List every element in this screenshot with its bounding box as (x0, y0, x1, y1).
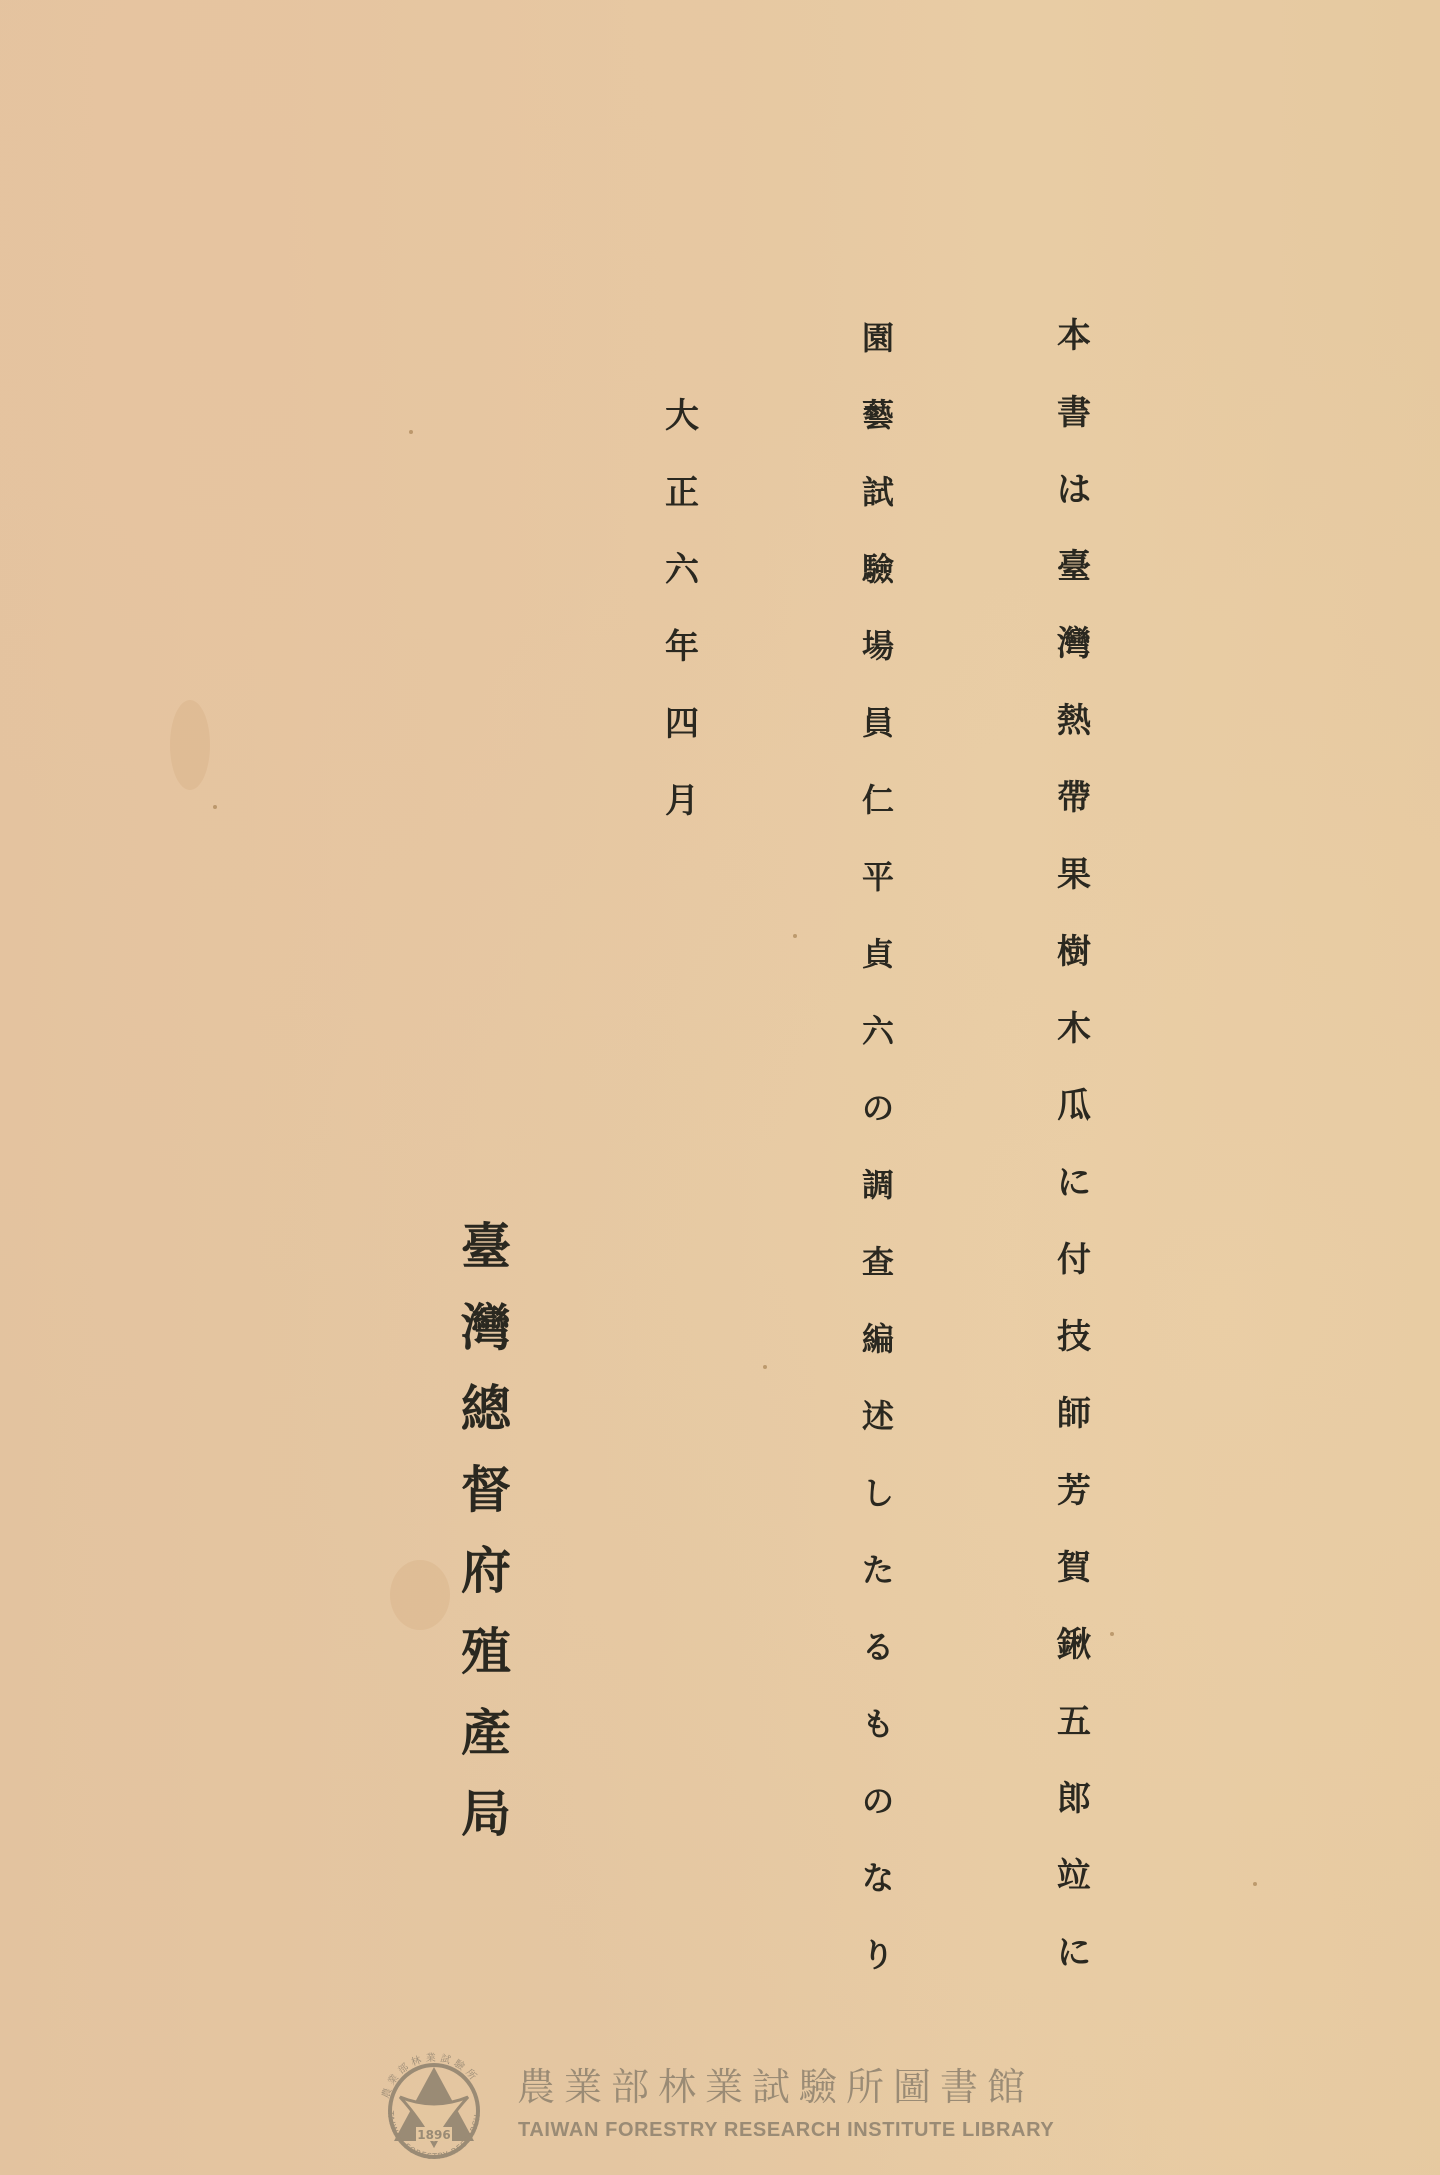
column-character: 灣 (461, 1299, 511, 1380)
column-character: の (862, 1088, 894, 1165)
column-character: 月 (665, 781, 699, 858)
column-character: 鍬 (1057, 1625, 1091, 1702)
column-character: な (862, 1858, 894, 1935)
column-character: 貞 (862, 934, 894, 1011)
column-character: 五 (1057, 1702, 1091, 1779)
column-character: 樹 (1057, 932, 1091, 1009)
column-character: も (862, 1704, 894, 1781)
column-character: し (862, 1473, 894, 1550)
paper-speck (1253, 1882, 1257, 1886)
column-character: 技 (1057, 1317, 1091, 1394)
column-character: 臺 (461, 1218, 511, 1299)
text-column-date: 大正六年四月 (654, 396, 710, 858)
forestry-institute-seal-icon: 1896 TAIWAN FORESTRY RESEARCH INSTITUTE … (370, 2045, 498, 2173)
column-character: 臺 (1057, 547, 1091, 624)
library-title-english: TAIWAN FORESTRY RESEARCH INSTITUTE LIBRA… (518, 2118, 1054, 2142)
paper-stain (170, 700, 210, 790)
column-character: た (862, 1550, 894, 1627)
text-column-publisher: 臺灣總督府殖產局 (452, 1218, 520, 1866)
column-character: 木 (1057, 1009, 1091, 1086)
column-character: 灣 (1057, 624, 1091, 701)
column-character: 驗 (862, 549, 894, 626)
column-character: 仁 (862, 780, 894, 857)
column-character: 師 (1057, 1394, 1091, 1471)
column-character: に (1057, 1163, 1091, 1240)
column-character: 平 (862, 857, 894, 934)
text-column-statement-continued: 園藝試驗場員仁平貞六の調查編述したるものなり (850, 318, 906, 2012)
column-character: 賀 (1057, 1548, 1091, 1625)
column-character: 六 (665, 550, 699, 627)
paper-speck (409, 430, 413, 434)
column-character: 郎 (1057, 1779, 1091, 1856)
column-character: 帶 (1057, 778, 1091, 855)
column-character: 熱 (1057, 701, 1091, 778)
column-character: る (862, 1627, 894, 1704)
column-character: 正 (665, 473, 699, 550)
column-character: 藝 (862, 395, 894, 472)
paper-speck (1110, 1632, 1114, 1636)
column-character: 書 (1057, 393, 1091, 470)
library-watermark: 1896 TAIWAN FORESTRY RESEARCH INSTITUTE … (370, 2045, 1070, 2175)
column-character: 年 (665, 627, 699, 704)
column-character: の (862, 1781, 894, 1858)
column-character: 員 (862, 703, 894, 780)
library-title-chinese: 農業部林業試驗所圖書館 (517, 2065, 1034, 2109)
column-character: 六 (862, 1011, 894, 1088)
column-character: 四 (665, 704, 699, 781)
column-character: 總 (461, 1380, 511, 1461)
column-character: 瓜 (1057, 1086, 1091, 1163)
column-character: 殖 (461, 1623, 511, 1704)
column-character: 芳 (1057, 1471, 1091, 1548)
column-character: 述 (862, 1396, 894, 1473)
paper-speck (793, 934, 797, 938)
column-character: 編 (862, 1319, 894, 1396)
column-character: 大 (665, 396, 699, 473)
column-character: り (862, 1935, 894, 2012)
column-character: 府 (461, 1542, 511, 1623)
column-character: 竝 (1057, 1856, 1091, 1933)
column-character: 局 (461, 1785, 511, 1866)
paper-speck (213, 805, 217, 809)
column-character: に (1057, 1933, 1091, 2010)
column-character: 本 (1057, 316, 1091, 393)
paper-stain (390, 1560, 450, 1630)
column-character: 產 (461, 1704, 511, 1785)
column-character: 試 (862, 472, 894, 549)
column-character: 督 (461, 1461, 511, 1542)
column-character: 調 (862, 1165, 894, 1242)
column-character: は (1057, 470, 1091, 547)
svg-text:1896: 1896 (417, 2128, 450, 2142)
paper-speck (763, 1365, 767, 1369)
text-column-statement: 本書は臺灣熱帶果樹木瓜に付技師芳賀鍬五郎竝に (1046, 316, 1102, 2010)
column-character: 付 (1057, 1240, 1091, 1317)
column-character: 場 (862, 626, 894, 703)
column-character: 果 (1057, 855, 1091, 932)
column-character: 查 (862, 1242, 894, 1319)
column-character: 園 (862, 318, 894, 395)
